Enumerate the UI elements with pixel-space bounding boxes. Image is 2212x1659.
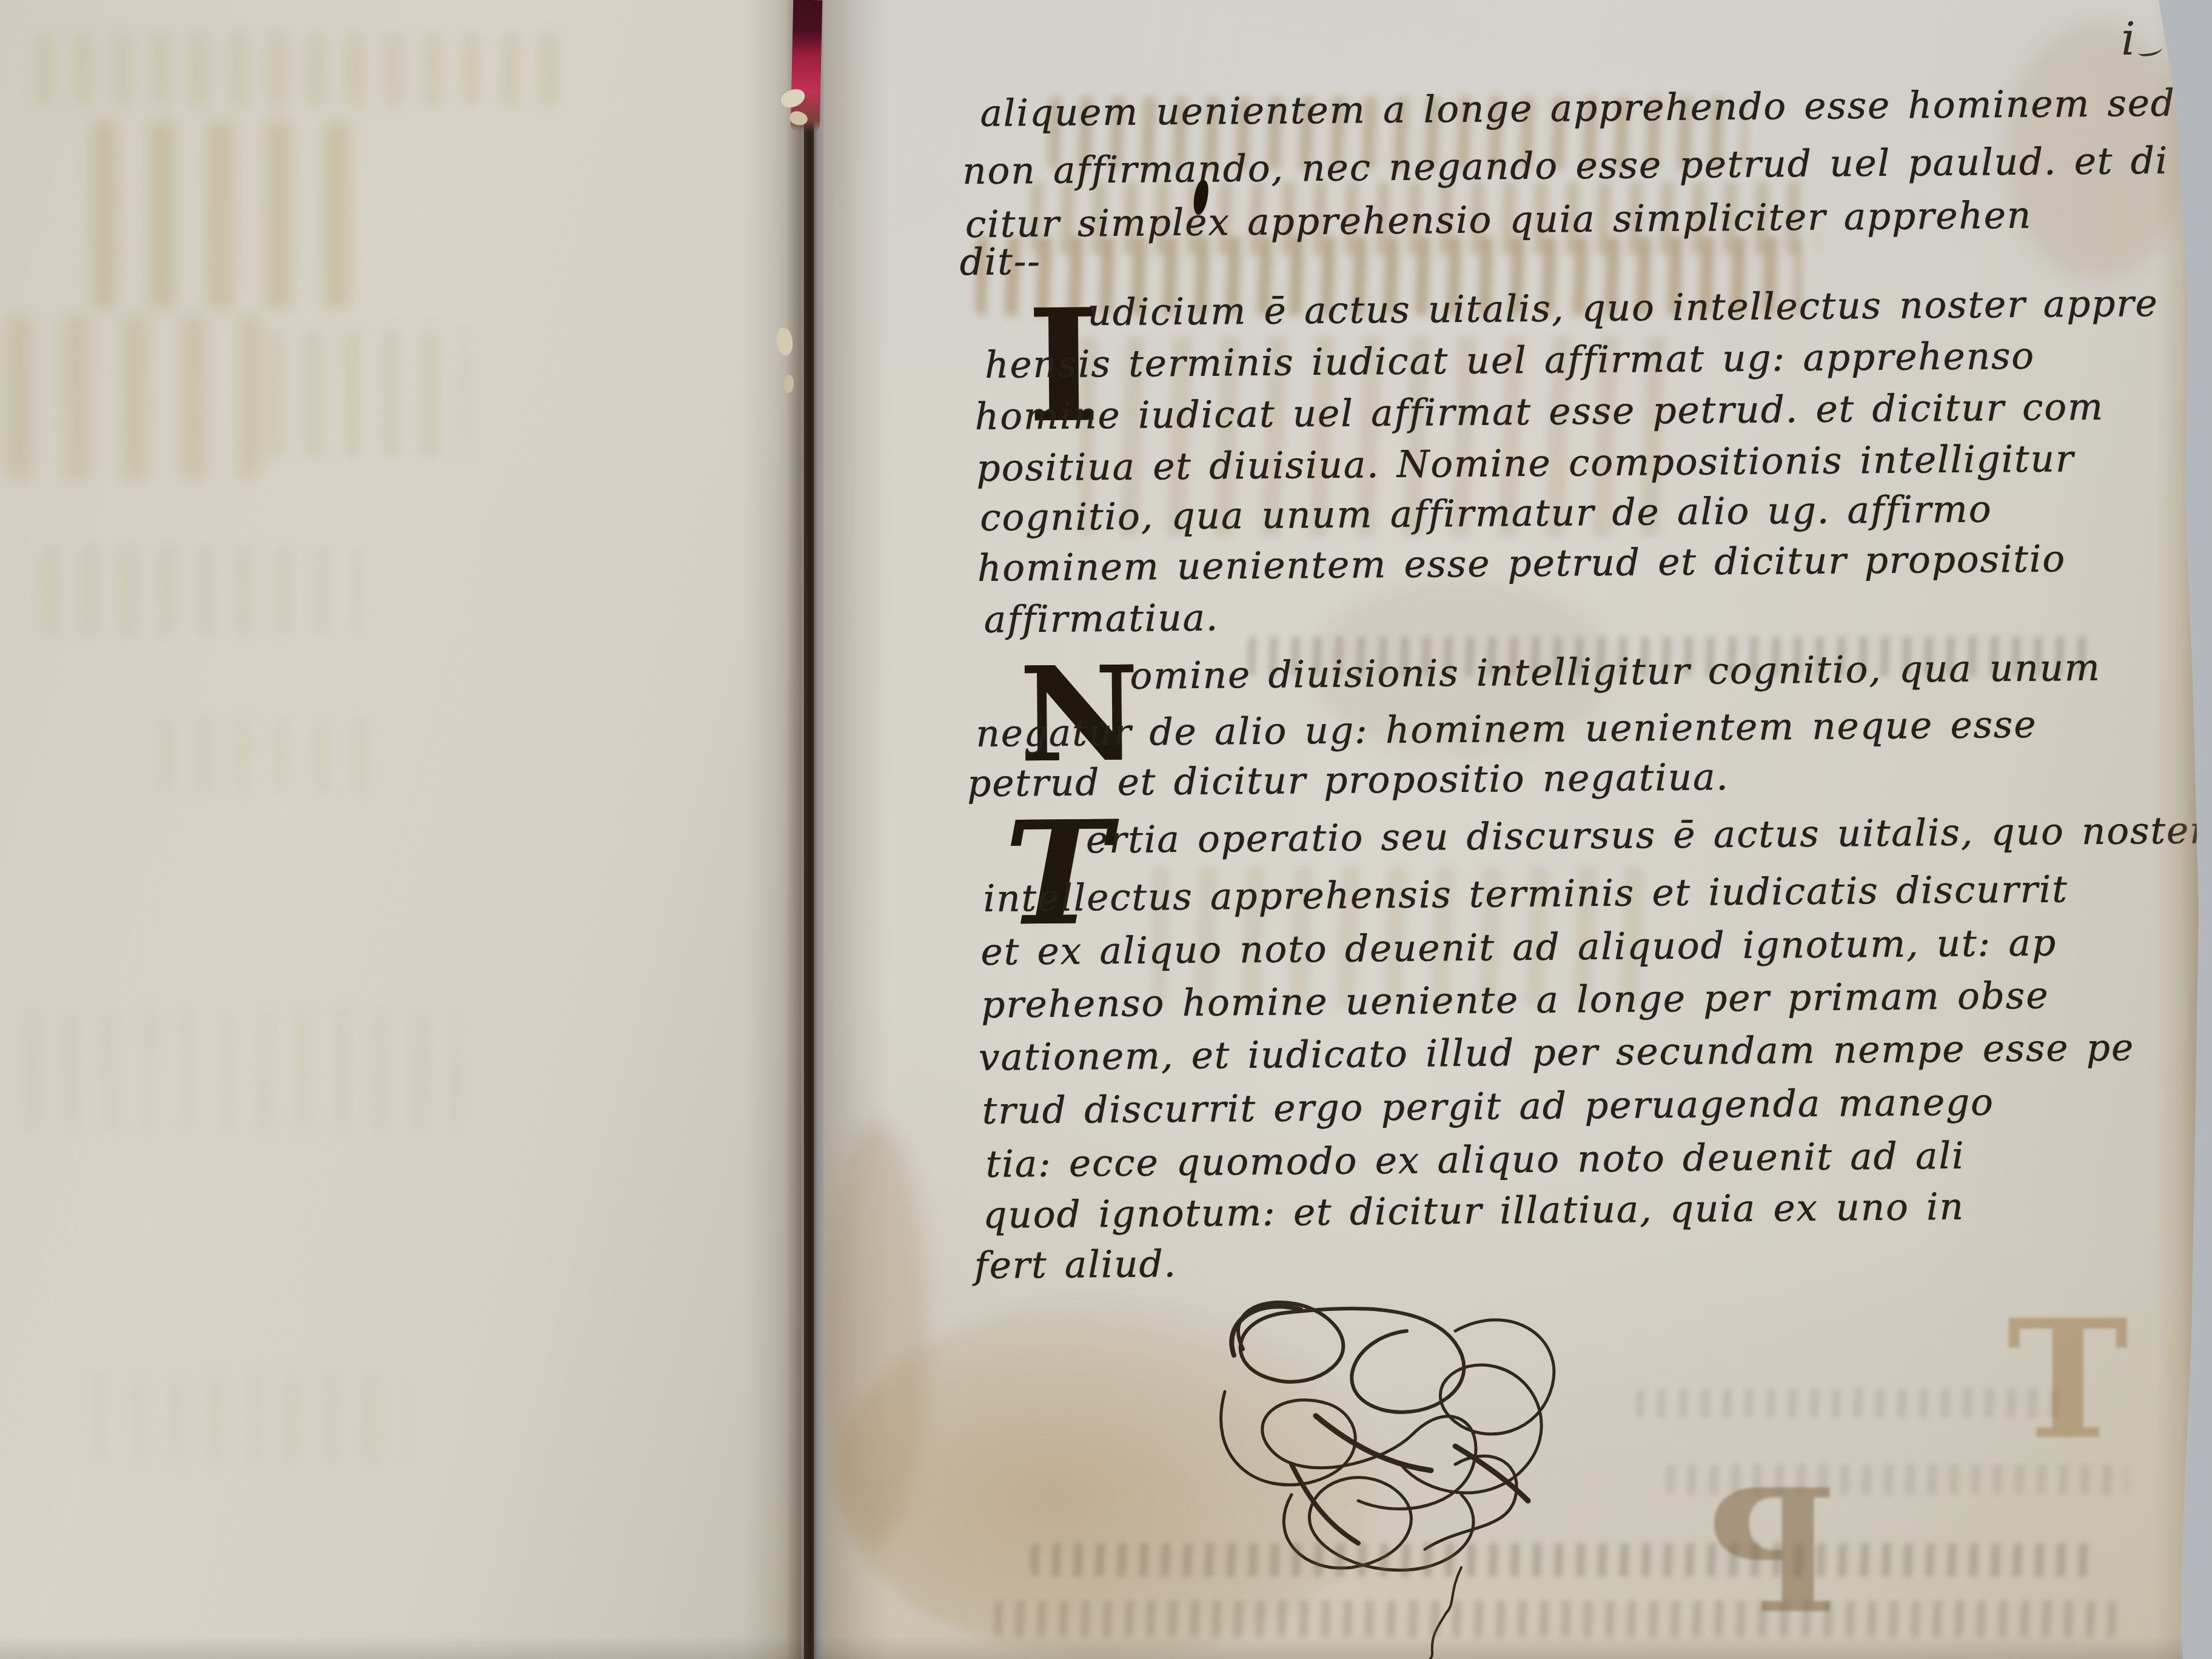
- bleedthrough-text-row: [42, 546, 364, 637]
- manuscript-photo: i I N T aliquem uenientem a longe appreh…: [0, 0, 2212, 1659]
- manuscript-line: positiua et diuisiua. Nomine composition…: [976, 440, 2074, 487]
- manuscript-line: omine diuisionis intelligitur cognitio, …: [1130, 649, 2101, 695]
- bleedthrough-text-row: [994, 1601, 2116, 1637]
- bleedthrough-title-block: [91, 121, 352, 309]
- bleedthrough-title-block: [6, 315, 261, 479]
- bleedthrough-title-block: [267, 330, 467, 458]
- manuscript-line: tia: ecce quomodo ex aliquo noto deuenit…: [985, 1138, 1965, 1183]
- bleedthrough-title-row: [36, 33, 558, 106]
- bleedthrough-text-row: [1666, 1464, 2127, 1495]
- manuscript-line: hensis terminis iudicat uel affirmat ug:…: [985, 338, 2035, 384]
- manuscript-line: intellectus apprehensis terminis et iudi…: [983, 871, 2068, 917]
- manuscript-line: fert aliud.: [974, 1245, 1177, 1284]
- manuscript-line: trud discurrit ergo pergit ad peruagenda…: [982, 1084, 1994, 1130]
- manuscript-line: prehenso homine ueniente a longe per pri…: [981, 977, 2049, 1024]
- manuscript-line: vationem, et iudicato illud per secundam…: [979, 1029, 2134, 1076]
- manuscript-line: udicium ē actus uitalis, quo intellectus…: [1087, 285, 2159, 331]
- bleedthrough-text-row: [91, 1370, 406, 1467]
- bleedthrough-initial-t: T: [2007, 1298, 2129, 1461]
- manuscript-line: affirmatiua.: [984, 599, 1219, 638]
- verso-page: [0, 0, 802, 1659]
- manuscript-line: ertia operatio seu discursus ē actus uit…: [1086, 812, 2209, 859]
- manuscript-line: homine iudicat uel affirmat esse petrud.…: [974, 389, 2103, 435]
- recto-page: i I N T aliquem uenientem a longe appreh…: [823, 0, 2212, 1659]
- gutter-shadow-line: [804, 0, 814, 1659]
- manuscript-line: non affirmando, nec negando esse petrud …: [962, 142, 2169, 190]
- manuscript-line: cognitio, qua unum affirmatur de alio ug…: [980, 491, 1992, 537]
- ink-scribble: [1170, 1264, 1655, 1659]
- manuscript-line: hominem uenientem esse petrud et dicitur…: [977, 540, 2066, 587]
- photo-vignette: [0, 1636, 2183, 1659]
- manuscript-line: dit--: [959, 243, 1041, 281]
- manuscript-line: petrud et dicitur propositio negatiua.: [967, 759, 1729, 802]
- page-edge: [2155, 0, 2199, 1659]
- bleedthrough-text-row: [24, 1007, 461, 1134]
- manuscript-line: negatur de alio ug: hominem uenientem ne…: [976, 706, 2037, 752]
- manuscript-line: et ex aliquo noto deuenit ad aliquod ign…: [980, 924, 2057, 970]
- bleedthrough-text-row: [1031, 1543, 2092, 1577]
- bleedthrough-text-row: [158, 716, 382, 794]
- bleedthrough-text-row: [1636, 1389, 2060, 1418]
- manuscript-line: citur simplex apprehensio quia simplicit…: [965, 197, 2032, 243]
- manuscript-line: aliquem uenientem a longe apprehendo ess…: [980, 85, 2176, 132]
- manuscript-line: quod ignotum: et dicitur illatiua, quia …: [983, 1188, 1965, 1234]
